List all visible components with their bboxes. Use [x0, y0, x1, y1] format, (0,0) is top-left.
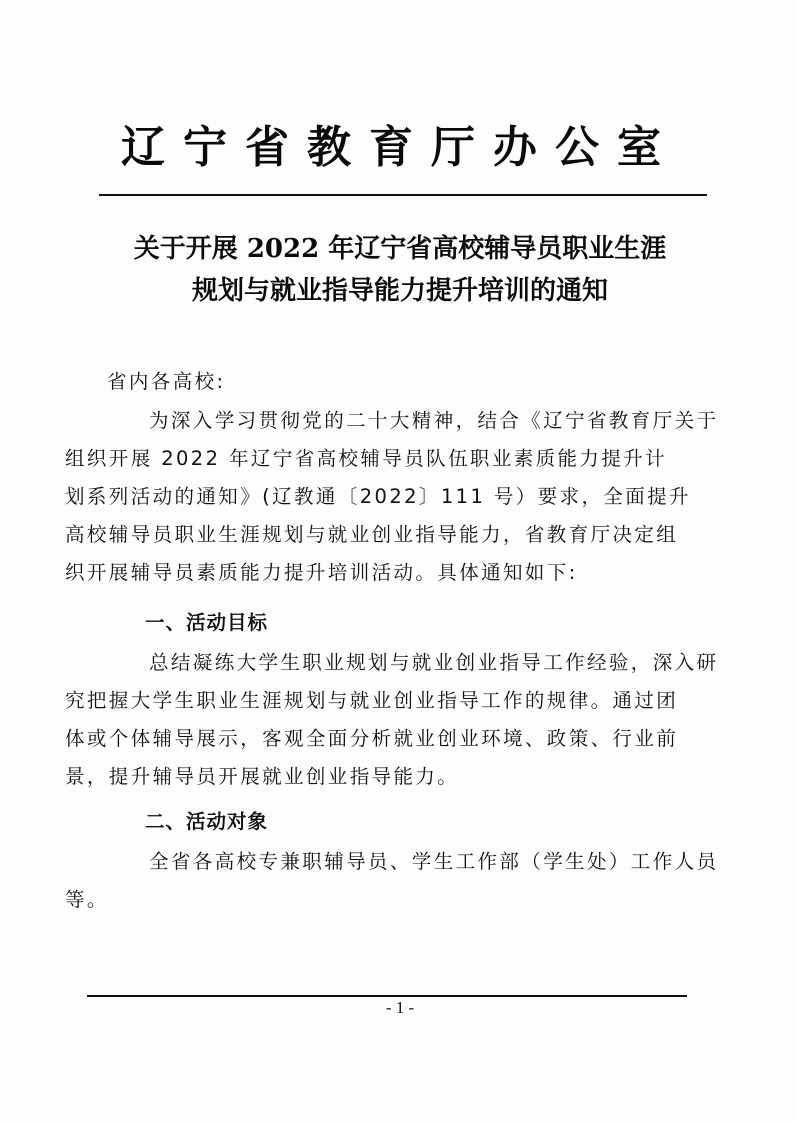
- paragraph-line: 景，提升辅导员开展就业创业指导能力。: [107, 758, 697, 796]
- paragraph-line: 高校辅导员职业生涯规划与就业创业指导能力，省教育厅决定组: [107, 516, 697, 554]
- paragraph-line: 划系列活动的通知》(辽教通〔2022〕111 号）要求，全面提升: [107, 478, 697, 516]
- paragraph-line: 组织开展 2022 年辽宁省高校辅导员队伍职业素质能力提升计: [107, 440, 697, 478]
- paragraph-line: 总结凝练大学生职业规划与就业创业指导工作经验，深入研: [107, 644, 697, 682]
- paragraph-line: 织开展辅导员素质能力提升培训活动。具体通知如下:: [107, 554, 697, 592]
- paragraph-line: 为深入学习贯彻党的二十大精神，结合《辽宁省教育厅关于: [107, 402, 697, 440]
- intro-paragraph: 为深入学习贯彻党的二十大精神，结合《辽宁省教育厅关于 组织开展 2022 年辽宁…: [107, 402, 697, 592]
- title-line-1: 关于开展 2022 年辽宁省高校辅导员职业生涯: [90, 228, 710, 270]
- paragraph-line: 体或个体辅导展示，客观全面分析就业创业环境、政策、行业前: [107, 720, 697, 758]
- paragraph-line: 等。: [107, 881, 697, 919]
- document-page: 辽宁省教育厅办公室 关于开展 2022 年辽宁省高校辅导员职业生涯 规划与就业指…: [0, 0, 797, 1123]
- header-divider: [99, 194, 707, 196]
- salutation: 省内各高校:: [107, 363, 697, 401]
- footer-divider: [87, 995, 687, 997]
- section-heading-goals: 一、活动目标: [145, 604, 268, 642]
- paragraph-line: 全省各高校专兼职辅导员、学生工作部（学生处）工作人员: [107, 843, 697, 881]
- document-title: 关于开展 2022 年辽宁省高校辅导员职业生涯 规划与就业指导能力提升培训的通知: [90, 228, 710, 312]
- paragraph-line: 究把握大学生职业生涯规划与就业创业指导工作的规律。通过团: [107, 682, 697, 720]
- title-line-2: 规划与就业指导能力提升培训的通知: [90, 270, 710, 312]
- section-heading-audience: 二、活动对象: [145, 803, 268, 841]
- audience-paragraph: 全省各高校专兼职辅导员、学生工作部（学生处）工作人员 等。: [107, 843, 697, 919]
- letterhead-issuer: 辽宁省教育厅办公室: [100, 118, 700, 178]
- page-number: - 1 -: [340, 998, 460, 1018]
- goals-paragraph: 总结凝练大学生职业规划与就业创业指导工作经验，深入研 究把握大学生职业生涯规划与…: [107, 644, 697, 796]
